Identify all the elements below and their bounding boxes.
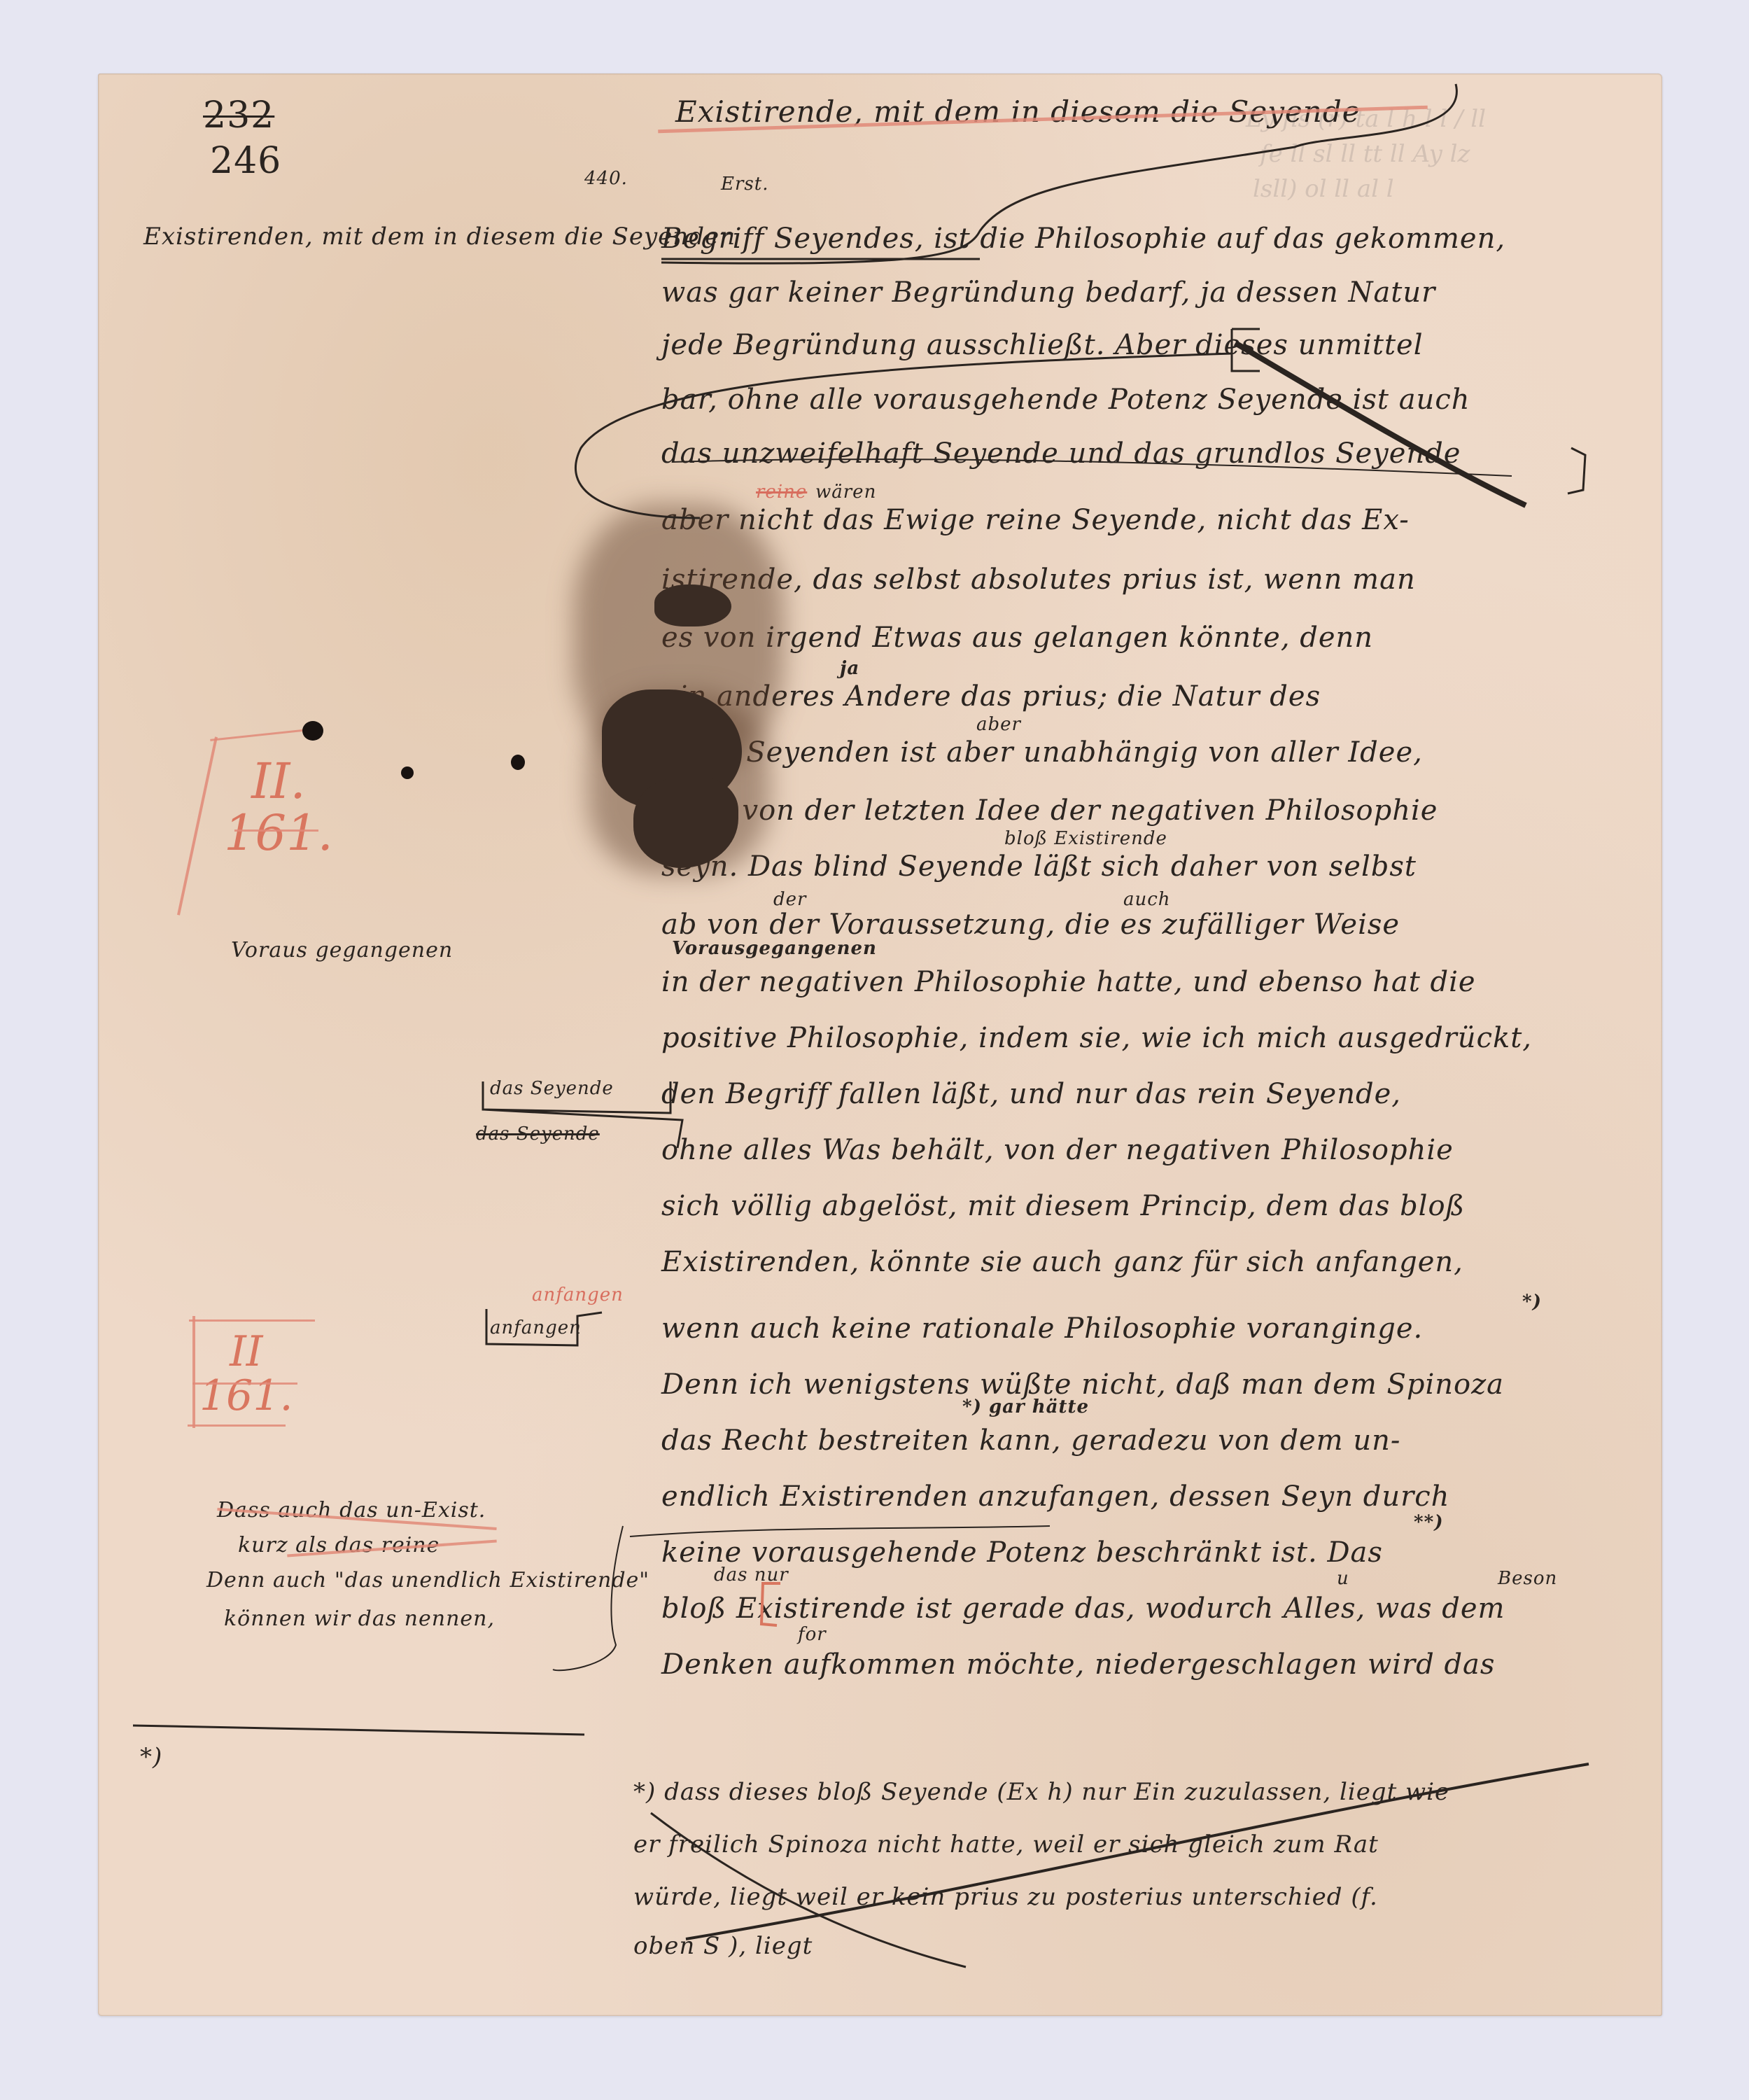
footnote-marker: *) [1522,1291,1542,1312]
text-line: das unzweifelhaft Seyende und das grundl… [661,437,1461,470]
red-divider [234,829,318,832]
interlinear-insertion: auch [1123,889,1171,910]
boxed-margin-note: das Seyende [490,1078,614,1099]
boxed-margin-note-struck: das Seyende [476,1123,600,1144]
text-line: das Recht bestreiten kann, geradezu von … [661,1424,1400,1457]
interlinear-insertion: bloß Existirende [1004,828,1167,849]
archival-mark: II. 161. [224,756,333,859]
archival-mark: II 161. [199,1330,293,1418]
interlinear-insertion: Beson [1498,1568,1557,1589]
margin-note: Voraus gegangenen [231,938,453,962]
text-line: Begriff Seyendes, ist die Philosophie au… [661,223,1505,255]
text-line: aber nicht das Ewige reine Seyende, nich… [661,504,1410,536]
footnote-line: oben S ), liegt [633,1932,813,1960]
margin-note: Denn auch "das unendlich Existirende" [206,1568,649,1592]
text-line: endlich Existirenden anzufangen, dessen … [661,1480,1449,1513]
interlinear-insertion: u [1337,1568,1349,1589]
archival-mark-top: II. [224,756,333,808]
text-line: bar, ohne alle vorausgehende Potenz Seye… [661,384,1470,416]
interlinear-insertion: ja [840,658,859,679]
bleed-through-text: fe ll sl ll tt ll Ay lz [1260,140,1470,168]
text-line: ab von der Voraussetzung, die es zufälli… [661,909,1400,941]
ink-drop [401,766,414,779]
interlinear-insertion: das nur [714,1564,789,1585]
text-line: wenn auch keine rationale Philosophie vo… [661,1312,1423,1345]
interlinear-struck-red: reine [756,482,807,503]
interlinear-insertion: aber [976,714,1021,735]
interlinear-insertion: wären [815,482,876,503]
archival-mark-top: II [199,1330,293,1374]
above-text: Erst. [721,174,768,195]
text-line: Denken aufkommen möchte, niedergeschlage… [661,1648,1495,1681]
bleed-through-text: lsll) ol ll al l [1253,175,1394,203]
archival-mark-bottom: 161. [199,1374,293,1418]
text-line: den Begriff fallen läßt, und nur das rei… [661,1078,1401,1110]
margin-insertion-top: Existirenden, mit dem in diesem die Seye… [143,223,736,251]
interlinear-insertion: *) gar hätte [962,1396,1089,1417]
old-page-number: 232 [203,94,274,136]
folio-number: 440. [584,168,628,189]
text-line: sich völlig abgelöst, mit diesem Princip… [661,1190,1465,1222]
ink-blot [654,584,731,626]
footnote-line: er freilich Spinoza nicht hatte, weil er… [633,1830,1379,1858]
boxed-margin-note: anfangen [490,1317,582,1338]
text-line: auch von der letzten Idee der negativen … [661,794,1438,827]
text-line: was gar keiner Begründung bedarf, ja des… [661,276,1435,309]
ink-drop [302,721,323,741]
margin-note: können wir das nennen, [224,1606,495,1631]
margin-note-red-struck: anfangen [532,1284,624,1305]
text-line: in der negativen Philosophie hatte, und … [661,966,1476,998]
interlinear-insertion: Vorausgegangenen [672,938,877,959]
text-line: bloß Existirende ist gerade das, wodurch… [661,1592,1505,1625]
red-frame-line [192,1382,297,1385]
text-line: blind Seyenden ist aber unabhängig von a… [661,736,1423,769]
interlinear-insertion: der [773,889,806,910]
footnote-marker: **) [1414,1512,1444,1533]
interlinear-insertion: for [798,1624,827,1645]
footnote-line: *) dass dieses bloß Seyende (Ex h) nur E… [633,1778,1449,1806]
text-line: positive Philosophie, indem sie, wie ich… [661,1022,1532,1054]
ink-drop [511,755,525,770]
archival-mark-bottom: 161. [224,808,333,860]
red-frame-line [188,1424,286,1427]
footnote-marker: *) [140,1743,162,1771]
text-line: ohne alles Was behält, von der negativen… [661,1134,1454,1166]
new-page-number: 246 [210,140,281,182]
text-line: seyn. Das blind Seyende läßt sich daher … [661,850,1417,883]
footnote-line: würde, liegt weil er kein prius zu poste… [633,1883,1378,1911]
red-frame-line [189,1319,315,1322]
text-line: jede Begründung ausschließt. Aber dieses… [661,329,1424,361]
text-line: Existirenden, könnte sie auch ganz für s… [661,1246,1463,1278]
red-frame-line [192,1316,195,1428]
